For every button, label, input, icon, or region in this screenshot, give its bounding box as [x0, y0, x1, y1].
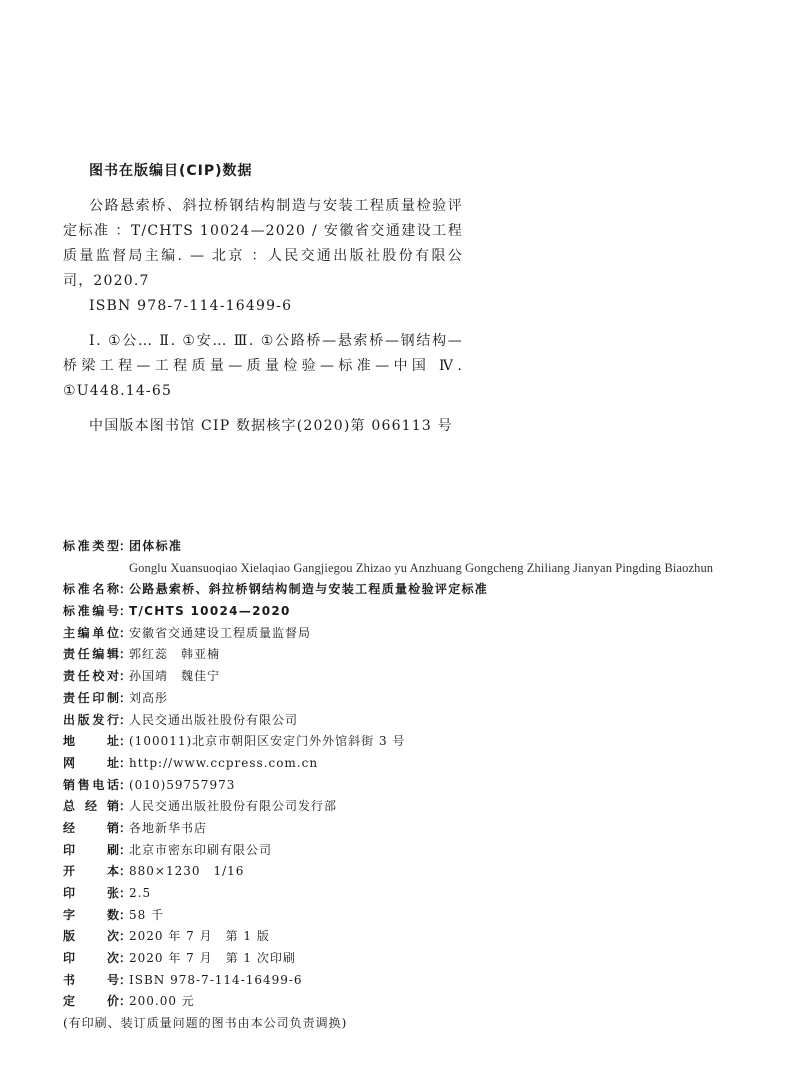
info-label-char: 校: [92, 666, 104, 688]
info-label: 书号: [63, 970, 119, 992]
info-label: 印张: [63, 883, 119, 905]
info-value: 2.5: [129, 883, 151, 905]
info-label-char: 定: [63, 991, 75, 1013]
cip-classification: Ⅰ. ①公… Ⅱ. ①安… Ⅲ. ①公路桥—悬索桥—钢结构—桥梁工程—工程质量—…: [63, 329, 463, 404]
info-value: (010)59757973: [129, 775, 235, 797]
info-label-char: 经: [85, 796, 97, 818]
info-label-char: 标: [63, 601, 75, 623]
info-value: 安徽省交通建设工程质量监督局: [129, 623, 311, 645]
info-value: 2020 年 7 月 第 1 次印刷: [129, 948, 296, 970]
info-row: 印张：2.5: [63, 883, 763, 905]
info-row: 销售电话：(010)59757973: [63, 775, 763, 797]
info-label-char: 网: [63, 753, 75, 775]
info-value: 刘高彤: [129, 688, 168, 710]
info-row: 字数：58 千: [63, 905, 763, 927]
info-row: 地址：(100011)北京市朝阳区安定门外外馆斜街 3 号: [63, 731, 763, 753]
info-label-char: 址: [107, 753, 119, 775]
info-label-char: 类: [92, 536, 104, 558]
info-colon: ：: [119, 775, 129, 797]
info-row: 标准类型：团体标准: [63, 536, 763, 558]
info-label-char: 责: [63, 666, 75, 688]
info-value: http://www.ccpress.com.cn: [129, 753, 318, 775]
info-label-char: 话: [107, 775, 119, 797]
info-label-char: 字: [63, 905, 75, 927]
info-label-char: 销: [107, 796, 119, 818]
info-label-char: 名: [92, 579, 104, 601]
info-label: 定价: [63, 991, 119, 1013]
info-label-char: 本: [107, 861, 119, 883]
info-label: 标准类型: [63, 536, 119, 558]
info-label-char: 任: [78, 666, 90, 688]
info-value: (100011)北京市朝阳区安定门外外馆斜街 3 号: [129, 731, 405, 753]
info-label: 标准编号: [63, 601, 119, 623]
info-label-char: 印: [92, 688, 104, 710]
info-label-char: 编: [92, 644, 104, 666]
info-label: 印刷: [63, 840, 119, 862]
info-value: 58 千: [129, 905, 164, 927]
info-colon: ：: [119, 753, 129, 775]
info-row: 书号：ISBN 978-7-114-16499-6: [63, 970, 763, 992]
pinyin-row: Gonglu Xuansuoqiao Xielaqiao Gangjiegou …: [63, 558, 763, 580]
info-row: 责任校对：孙国靖 魏佳宁: [63, 666, 763, 688]
info-row: 主编单位：安徽省交通建设工程质量监督局: [63, 623, 763, 645]
info-label-char: 印: [63, 948, 75, 970]
info-label-char: 责: [63, 688, 75, 710]
info-row: 责任编辑：郭红蕊 韩亚楠: [63, 644, 763, 666]
info-row: 印刷：北京市密东印刷有限公司: [63, 840, 763, 862]
cip-title: 图书在版编目(CIP)数据: [89, 158, 463, 184]
info-label-char: 责: [63, 644, 75, 666]
info-colon: ：: [119, 644, 129, 666]
info-label: 经销: [63, 818, 119, 840]
info-label-char: 标: [63, 579, 75, 601]
info-label-char: 地: [63, 731, 75, 753]
info-colon: ：: [119, 536, 129, 558]
info-note: (有印刷、装订质量问题的图书由本公司负责调换): [63, 1013, 347, 1035]
info-label-char: 电: [92, 775, 104, 797]
info-row: 总经销：人民交通出版社股份有限公司发行部: [63, 796, 763, 818]
info-label-char: 辑: [107, 644, 119, 666]
info-label-char: 次: [107, 926, 119, 948]
info-colon: ：: [119, 905, 129, 927]
info-colon: ：: [119, 861, 129, 883]
info-colon: ：: [119, 796, 129, 818]
info-label-char: 址: [107, 731, 119, 753]
info-label-char: 刷: [107, 840, 119, 862]
info-label-char: 价: [107, 991, 119, 1013]
info-label-char: 出: [63, 710, 75, 732]
info-label: 责任印制: [63, 688, 119, 710]
info-value: 人民交通出版社股份有限公司: [129, 710, 298, 732]
info-label-char: 总: [63, 796, 75, 818]
info-value: T/CHTS 10024—2020: [129, 601, 291, 623]
info-note-row: (有印刷、装订质量问题的图书由本公司负责调换): [63, 1013, 763, 1035]
cip-description: 公路悬索桥、斜拉桥钢结构制造与安装工程质量检验评定标准 ：T/CHTS 1002…: [63, 194, 463, 294]
info-label: 网址: [63, 753, 119, 775]
info-label-char: 次: [107, 948, 119, 970]
info-label-char: 准: [78, 601, 90, 623]
info-value: ISBN 978-7-114-16499-6: [129, 970, 303, 992]
info-label: 地址: [63, 731, 119, 753]
info-label-char: 位: [107, 623, 119, 645]
info-label-char: 型: [107, 536, 119, 558]
pinyin-title: Gonglu Xuansuoqiao Xielaqiao Gangjiegou …: [63, 558, 713, 580]
info-colon: ：: [119, 883, 129, 905]
info-colon: ：: [119, 818, 129, 840]
cip-record-number: 中国版本图书馆 CIP 数据核字(2020)第 066113 号: [63, 414, 463, 439]
info-value: 公路悬索桥、斜拉桥钢结构制造与安装工程质量检验评定标准: [129, 579, 488, 601]
info-label-char: 张: [107, 883, 119, 905]
info-label: 版次: [63, 926, 119, 948]
info-colon: ：: [119, 970, 129, 992]
info-label-char: 印: [63, 883, 75, 905]
info-label-char: 书: [63, 970, 75, 992]
info-value: 孙国靖 魏佳宁: [129, 666, 220, 688]
info-value: 北京市密东印刷有限公司: [129, 840, 272, 862]
info-label: 标准名称: [63, 579, 119, 601]
info-label-char: 版: [63, 926, 75, 948]
info-label: 总经销: [63, 796, 119, 818]
info-label-char: 销: [63, 775, 75, 797]
info-row: 版次：2020 年 7 月 第 1 版: [63, 926, 763, 948]
info-label-char: 制: [107, 688, 119, 710]
info-label-char: 准: [78, 579, 90, 601]
info-row: 开本：880×1230 1/16: [63, 861, 763, 883]
info-row: 标准编号：T/CHTS 10024—2020: [63, 601, 763, 623]
info-label-char: 任: [78, 644, 90, 666]
info-label: 销售电话: [63, 775, 119, 797]
cip-isbn: ISBN 978-7-114-16499-6: [63, 294, 463, 319]
info-colon: ：: [119, 840, 129, 862]
info-label-char: 开: [63, 861, 75, 883]
info-label-char: 称: [107, 579, 119, 601]
info-label-char: 主: [63, 623, 75, 645]
info-label: 主编单位: [63, 623, 119, 645]
info-row: 责任印制：刘高彤: [63, 688, 763, 710]
info-value: 各地新华书店: [129, 818, 207, 840]
info-label-char: 数: [107, 905, 119, 927]
info-value: 人民交通出版社股份有限公司发行部: [129, 796, 337, 818]
info-row: 网址：http://www.ccpress.com.cn: [63, 753, 763, 775]
info-colon: ：: [119, 688, 129, 710]
info-rows: 标准类型：团体标准Gonglu Xuansuoqiao Xielaqiao Ga…: [63, 536, 763, 1013]
info-label-char: 经: [63, 818, 75, 840]
info-label-char: 版: [78, 710, 90, 732]
info-label-char: 编: [92, 601, 104, 623]
info-label-char: 销: [107, 818, 119, 840]
info-colon: ：: [119, 601, 129, 623]
info-value: 880×1230 1/16: [129, 861, 244, 883]
info-label: 责任校对: [63, 666, 119, 688]
info-colon: ：: [119, 991, 129, 1013]
info-value: 郭红蕊 韩亚楠: [129, 644, 220, 666]
info-value: 团体标准: [129, 536, 182, 558]
info-label-char: 单: [92, 623, 104, 645]
info-label-char: 印: [63, 840, 75, 862]
info-colon: ：: [119, 710, 129, 732]
info-label-char: 任: [78, 688, 90, 710]
info-colon: ：: [119, 623, 129, 645]
standard-info-block: 标准类型：团体标准Gonglu Xuansuoqiao Xielaqiao Ga…: [63, 536, 763, 1035]
info-label-char: 号: [107, 970, 119, 992]
info-label-char: 编: [78, 623, 90, 645]
info-label-char: 对: [107, 666, 119, 688]
info-value: 2020 年 7 月 第 1 版: [129, 926, 270, 948]
info-label: 印次: [63, 948, 119, 970]
info-row: 出版发行：人民交通出版社股份有限公司: [63, 710, 763, 732]
info-label: 责任编辑: [63, 644, 119, 666]
info-label-char: 号: [107, 601, 119, 623]
info-row: 定价：200.00 元: [63, 991, 763, 1013]
info-label-char: 发: [92, 710, 104, 732]
info-colon: ：: [119, 926, 129, 948]
info-label-char: 售: [78, 775, 90, 797]
info-colon: ：: [119, 731, 129, 753]
info-label-char: 标: [63, 536, 75, 558]
info-label-char: 准: [78, 536, 90, 558]
info-value: 200.00 元: [129, 991, 195, 1013]
info-label: 出版发行: [63, 710, 119, 732]
info-row: 印次：2020 年 7 月 第 1 次印刷: [63, 948, 763, 970]
info-colon: ：: [119, 666, 129, 688]
info-row: 经销：各地新华书店: [63, 818, 763, 840]
info-label: 字数: [63, 905, 119, 927]
info-colon: ：: [119, 579, 129, 601]
info-label-char: 行: [107, 710, 119, 732]
info-colon: ：: [119, 948, 129, 970]
info-label: 开本: [63, 861, 119, 883]
cip-block: 图书在版编目(CIP)数据 公路悬索桥、斜拉桥钢结构制造与安装工程质量检验评定标…: [63, 158, 463, 439]
info-row: 标准名称：公路悬索桥、斜拉桥钢结构制造与安装工程质量检验评定标准: [63, 579, 763, 601]
